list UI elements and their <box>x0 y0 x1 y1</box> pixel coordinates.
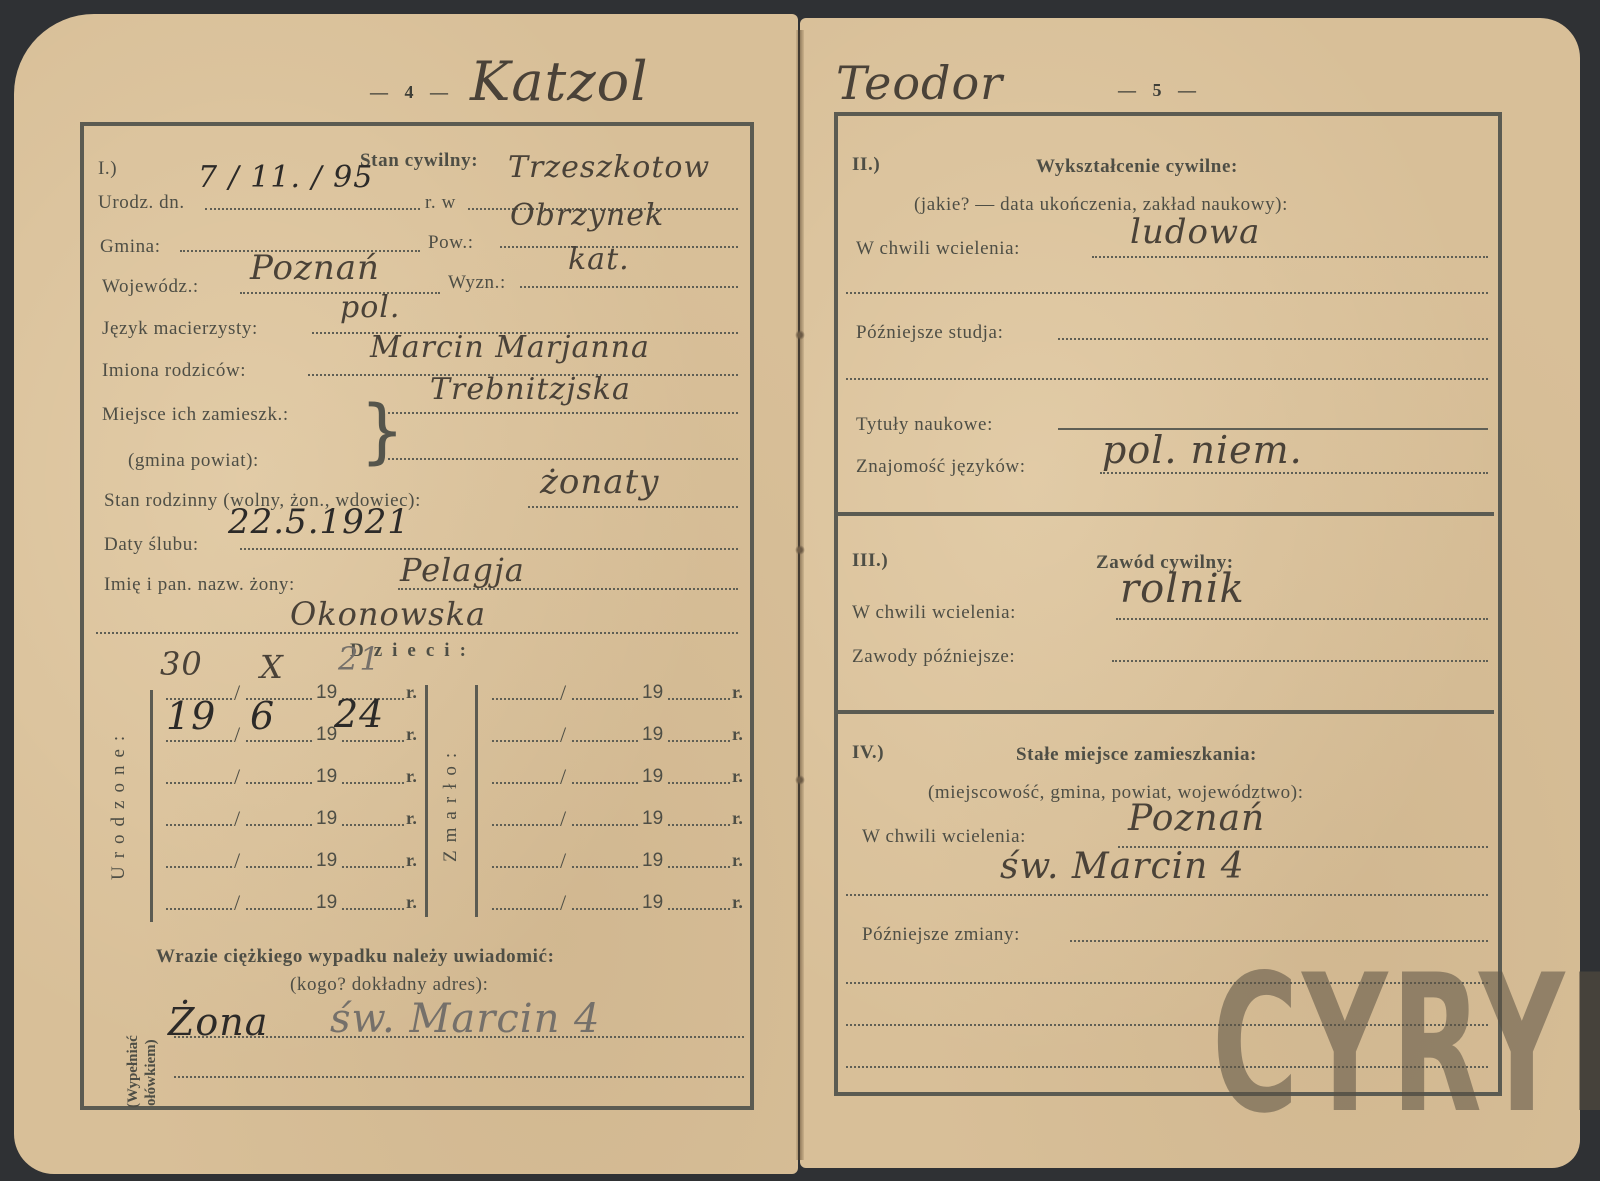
section-ii-title: Wykształcenie cywilne: <box>1036 156 1238 178</box>
born-bracket-right <box>425 685 428 917</box>
languages-line <box>1100 472 1488 474</box>
born-1-day: 30 <box>160 645 203 683</box>
powiat-label: Pow.: <box>428 232 474 254</box>
section-divider <box>838 512 1494 516</box>
died-row: / 19 r. <box>492 848 752 878</box>
mother-tongue-value: pol. <box>340 290 400 325</box>
later-occupations-line <box>1112 660 1488 662</box>
born-2-year: 24 <box>334 692 384 736</box>
wife-name-value: Pelagja Okonowska <box>290 548 590 636</box>
wife-name-label: Imię i pan. nazw. żony: <box>104 574 295 596</box>
born-label: Urodzone: <box>108 728 130 880</box>
born-1-month: X <box>260 648 284 686</box>
born-row: / 19 r. <box>166 764 426 794</box>
residence-at-enlistment-label: W chwili wcielenia: <box>862 826 1026 848</box>
page-number-right: — 5 — <box>1118 80 1202 101</box>
parents-names-value: Marcin Marjanna <box>370 330 650 365</box>
residence-city-value: Poznań <box>1128 798 1265 839</box>
later-occupations-label: Zawody późniejsze: <box>852 646 1015 668</box>
languages-value: pol. niem. <box>1102 428 1303 472</box>
religion-line <box>520 286 738 288</box>
residence-street-value: św. Marcin 4 <box>1000 846 1245 887</box>
birth-date-line <box>205 208 420 210</box>
died-row: / 19 r. <box>492 806 752 836</box>
book-spine <box>796 30 804 1160</box>
parents-names-label: Imiona rodziców: <box>102 360 246 382</box>
died-label: Zmarło: <box>440 745 462 862</box>
pencil-note-line2: ołówkiem) <box>142 1039 160 1106</box>
later-studies-line-2 <box>846 378 1488 380</box>
died-row: / 19 r. <box>492 890 752 920</box>
powiat-value: Obrzynek <box>510 198 664 233</box>
parents-district-line <box>388 458 738 460</box>
page-number-left: — 4 — <box>370 82 454 103</box>
wedding-date-label: Daty ślubu: <box>104 534 199 556</box>
emergency-subtitle: (kogo? dokładny adres): <box>290 974 488 996</box>
education-line <box>1092 256 1488 258</box>
parents-district-label: (gmina powiat): <box>128 450 259 472</box>
emergency-line-1 <box>174 1036 744 1038</box>
marital-status-heading: Stan cywilny: <box>360 150 478 172</box>
emergency-title: Wrazie ciężkiego wypadku należy uwiadomi… <box>156 946 555 968</box>
handwritten-surname: Katzol <box>470 50 648 113</box>
voivodeship-label: Wojewódz.: <box>102 276 199 298</box>
birth-place-label: r. w <box>425 192 456 214</box>
birth-place-value: Trzeszkotow <box>508 150 710 185</box>
stitch <box>795 545 805 555</box>
died-bracket <box>475 685 478 917</box>
died-row: / 19 r. <box>492 722 752 752</box>
parents-residence-label: Miejsce ich zamieszk.: <box>102 404 289 426</box>
voivodeship-value: Poznań <box>250 248 380 288</box>
birth-date-value: 7 / 11. / 95 <box>198 160 373 195</box>
religion-value: kat. <box>568 242 630 277</box>
religion-label: Wyzn.: <box>448 272 506 294</box>
section-i-number: I.) <box>98 158 117 180</box>
born-2-day: 19 <box>166 694 216 738</box>
born-row: / 19 r. <box>166 848 426 878</box>
mother-tongue-label: Język macierzysty: <box>102 318 258 340</box>
pencil-note-line1: (Wypełniać <box>124 1035 142 1108</box>
education-at-enlistment-value: ludowa <box>1130 212 1260 252</box>
emergency-line-2 <box>174 1076 744 1078</box>
occupation-line <box>1116 618 1488 620</box>
later-studies-label: Późniejsze studja: <box>856 322 1003 344</box>
born-bracket <box>150 690 153 922</box>
brace-icon: } <box>360 396 405 466</box>
born-2-month: 6 <box>250 694 275 738</box>
languages-label: Znajomość języków: <box>856 456 1026 478</box>
section-divider <box>838 710 1494 714</box>
born-1-year: 21 <box>338 640 381 678</box>
occupation-at-enlistment-value: rolnik <box>1120 566 1245 612</box>
occupation-at-enlistment-label: W chwili wcielenia: <box>852 602 1016 624</box>
gmina-label: Gmina: <box>100 236 161 258</box>
parents-residence-value: Trebnitzjska <box>430 372 631 407</box>
cyryl-watermark-logo: CYRYL <box>1212 970 1600 1120</box>
residence-line-2 <box>846 894 1488 896</box>
section-iv-title: Stałe miejsce zamieszkania: <box>1016 744 1257 766</box>
died-row: / 19 r. <box>492 680 752 710</box>
later-changes-label: Późniejsze zmiany: <box>862 924 1020 946</box>
family-status-line <box>528 506 738 508</box>
handwritten-firstname: Teodor <box>836 56 1003 110</box>
section-ii-number: II.) <box>852 154 880 176</box>
academic-titles-label: Tytuły naukowe: <box>856 414 993 436</box>
later-studies-line <box>1058 338 1488 340</box>
born-row: / 19 r. <box>166 806 426 836</box>
died-row: / 19 r. <box>492 764 752 794</box>
birth-date-label: Urodz. dn. <box>98 192 185 214</box>
stitch <box>795 330 805 340</box>
family-status-value: żonaty <box>540 462 659 502</box>
education-line-2 <box>846 292 1488 294</box>
section-iv-number: IV.) <box>852 742 884 764</box>
wife-name-line-2 <box>96 632 738 634</box>
born-row: / 19 r. <box>166 890 426 920</box>
wedding-date-value: 22.5.1921 <box>228 502 410 542</box>
education-at-enlistment-label: W chwili wcielenia: <box>856 238 1020 260</box>
parents-residence-line <box>388 412 738 414</box>
section-iii-number: III.) <box>852 550 888 572</box>
stitch <box>795 775 805 785</box>
